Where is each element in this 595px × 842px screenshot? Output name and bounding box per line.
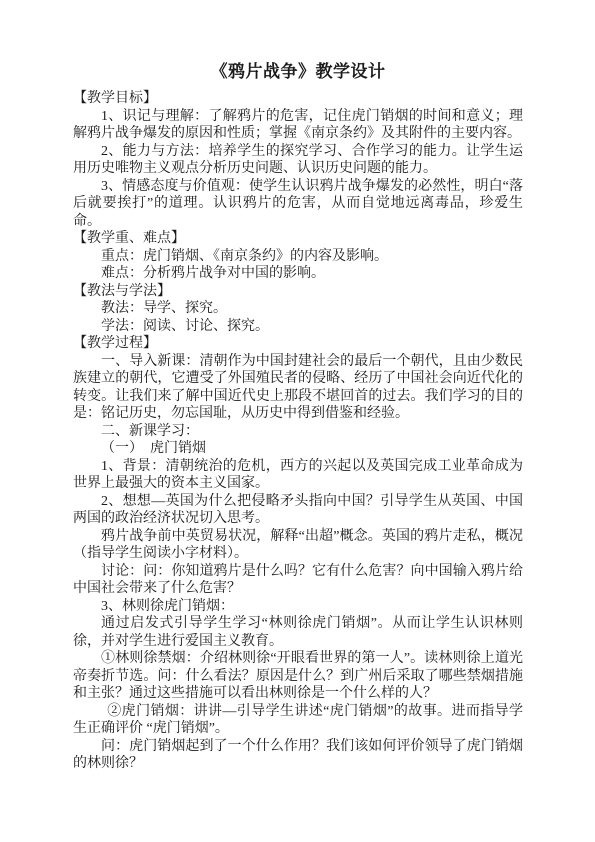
body-paragraph: ①林则徐禁烟：介绍林则徐“开眼看世界的第一人”。读林则徐上道光帝奏折节选。问：什…: [73, 650, 523, 703]
body-paragraph: 1、识记与理解：了解鸦片的危害，记住虎门销烟的时间和意义；理解鸦片战争爆发的原因…: [73, 108, 523, 143]
section-heading: 【教学重、难点】: [73, 230, 523, 248]
body-paragraph: 1、背景：清朝统治的危机，西方的兴起以及英国完成工业革命成为世界上最强大的资本主…: [73, 458, 523, 493]
body-paragraph: 学法：阅读、讨论、探究。: [73, 318, 523, 336]
body-paragraph: 2、能力与方法：培养学生的探究学习、合作学习的能力。让学生运用历史唯物主义观点分…: [73, 143, 523, 178]
body-paragraph: 通过启发式引导学生学习“林则徐虎门销烟”。从而让学生认识林则徐，并对学生进行爱国…: [73, 615, 523, 650]
body-paragraph: 重点：虎门销烟、《南京条约》的内容及影响。: [73, 248, 523, 266]
document-body: 【教学目标】1、识记与理解：了解鸦片的危害，记住虎门销烟的时间和意义；理解鸦片战…: [73, 90, 523, 773]
section-heading: 【教学目标】: [73, 90, 523, 108]
body-paragraph: 讨论：问：你知道鸦片是什么吗？它有什么危害？向中国输入鸦片给中国社会带来了什么危…: [73, 563, 523, 598]
body-paragraph: 难点：分析鸦片战争对中国的影响。: [73, 265, 523, 283]
section-heading: 【教法与学法】: [73, 283, 523, 301]
document-page: 《鸦片战争》教学设计 【教学目标】1、识记与理解：了解鸦片的危害，记住虎门销烟的…: [0, 0, 595, 842]
section-heading: 【教学过程】: [73, 335, 523, 353]
document-title: 《鸦片战争》教学设计: [73, 60, 523, 84]
body-paragraph: （一） 虎门销烟: [73, 440, 523, 458]
body-paragraph: 3、情感态度与价值观：使学生认识鸦片战争爆发的必然性，明白“落后就要挨打”的道理…: [73, 178, 523, 231]
body-paragraph: 鸦片战争前中英贸易状况，解释“出超”概念。英国的鸦片走私，概况（指导学生阅读小字…: [73, 528, 523, 563]
body-paragraph: 二、新课学习：: [73, 423, 523, 441]
body-paragraph: 2、想想—英国为什么把侵略矛头指向中国？引导学生从英国、中国两国的政治经济状况切…: [73, 493, 523, 528]
body-paragraph: 问：虎门销烟起到了一个什么作用？我们该如何评价领导了虎门销烟的林则徐？: [73, 738, 523, 773]
body-paragraph: ②虎门销烟：讲讲—引导学生讲述“虎门销烟”的故事。进而指导学生正确评价 “虎门销…: [73, 703, 523, 738]
body-paragraph: 3、林则徐虎门销烟：: [73, 598, 523, 616]
body-paragraph: 一、导入新课：清朝作为中国封建社会的最后一个朝代，且由少数民族建立的朝代，它遭受…: [73, 353, 523, 423]
body-paragraph: 教法：导学、探究。: [73, 300, 523, 318]
